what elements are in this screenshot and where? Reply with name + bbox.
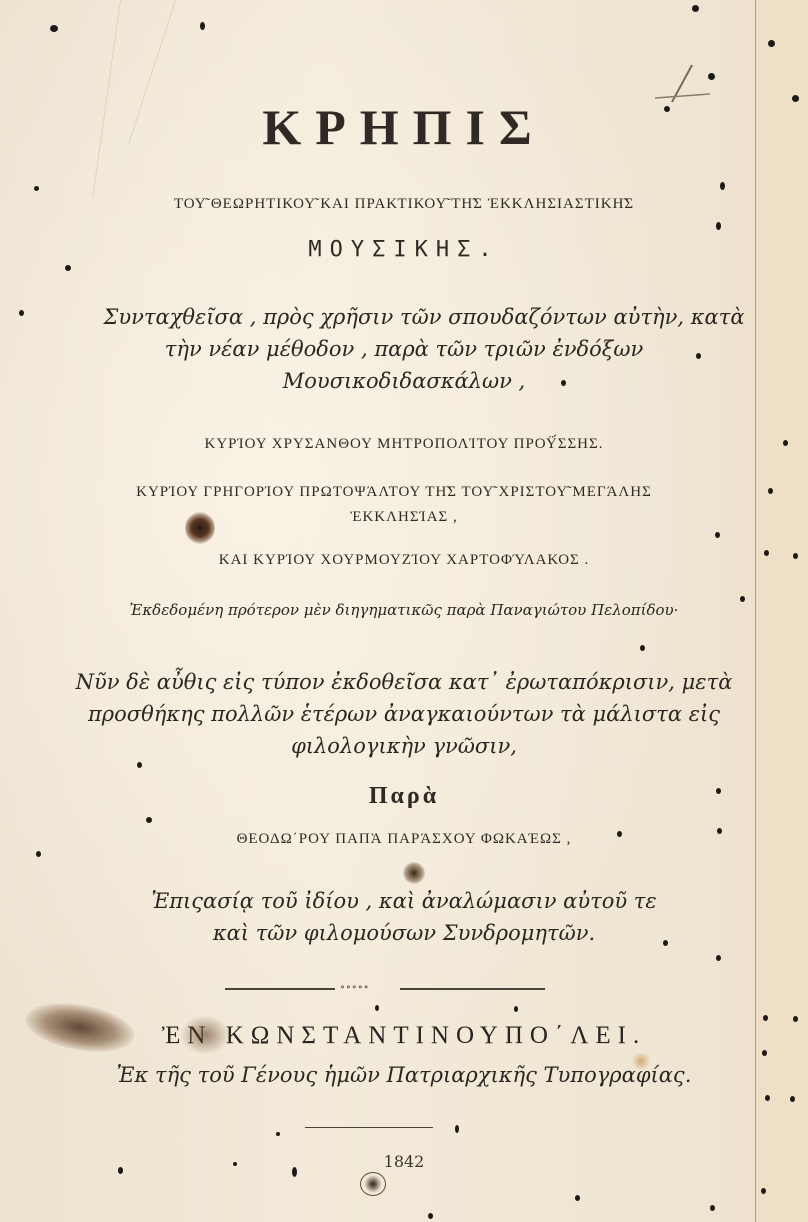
new-edition-line-3: φιλολογικὴν γνῶσιν,: [0, 734, 808, 758]
speck: [764, 550, 769, 556]
speck: [514, 1006, 518, 1012]
speck: [455, 1125, 459, 1133]
editor-name: ΘΕΟΔΩ΄ΡΟΥ ΠΑΠᾺ ΠΑΡΆΣΧΟΥ ΦΩΚΑΈΩΣ ,: [0, 831, 808, 848]
speck: [710, 1205, 715, 1211]
speck: [720, 182, 725, 190]
speck: [640, 645, 645, 651]
speck: [617, 831, 622, 837]
compiled-line-2: τὴν νέαν μέθοδον , παρὰ τῶν τριῶν ἐνδόξω…: [0, 337, 808, 361]
speck: [50, 25, 58, 32]
speck: [717, 828, 722, 834]
by-label: Παρὰ: [0, 783, 808, 810]
speck: [561, 380, 566, 386]
speck: [118, 1167, 123, 1174]
previous-edition: Ἐκδεδομένη πρότερον μὲν διηγηματικῶς παρ…: [0, 601, 808, 619]
speck: [36, 851, 41, 857]
author-line-1: ΚΥΡΊΟΥ ΧΡΥΣΑΝΘΟΥ ΜΗΤΡΟΠΟΛΊΤΟΥ ΠΡΟΫ́ΣΣΗΣ.: [0, 436, 808, 453]
speck: [716, 788, 721, 794]
speck: [575, 1195, 580, 1201]
speck: [692, 5, 699, 12]
author-line-2: ΚΥΡΊΟΥ ΓΡΗΓΟΡΊΟΥ ΠΡΩΤΟΨΆΛΤΟΥ ΤΗ̃Σ ΤΟΥ̃ Χ…: [0, 484, 798, 501]
speck: [292, 1167, 297, 1177]
speck: [765, 1095, 770, 1101]
speck: [792, 95, 799, 102]
speck: [65, 265, 71, 271]
speck: [740, 596, 745, 602]
speck: [663, 940, 668, 946]
speck: [34, 186, 39, 191]
speck: [664, 106, 670, 112]
author-line-4: ΚΑΙ ΚΥΡΊΟΥ ΧΟΥΡΜΟΥΖΊΟΥ ΧΑΡΤΟΦΎΛΑΚΟΣ .: [0, 552, 808, 569]
speck: [233, 1162, 237, 1166]
speck: [716, 955, 721, 961]
compiled-line-3: Μουσικοδιδασκάλων ,: [0, 369, 808, 393]
speck: [375, 1005, 379, 1011]
ornament-divider: ∘∘∘∘∘: [225, 984, 545, 994]
new-edition-line-1: Νῦν δὲ αὖθις εἰς τύπον ἐκδοθεῖσα κατ᾽ ἐρ…: [0, 670, 808, 694]
speck: [200, 22, 205, 30]
speck: [276, 1132, 280, 1136]
speck: [793, 553, 798, 559]
compiled-line-1: Συνταχθεῖσα , πρὸς χρῆσιν τῶν σπουδαζόντ…: [20, 305, 808, 329]
speck: [428, 1213, 433, 1219]
speck: [790, 1096, 795, 1102]
speck: [708, 73, 715, 80]
speck: [793, 1016, 798, 1022]
book-title: ΚΡΗΠΙΣ: [0, 98, 808, 156]
title-page: ΚΡΗΠΙΣ ΤΟΥ̃ ΘΕΩΡΗΤΙΚΟΥ̃ ΚΑΙ ΠΡΑΚΤΙΚΟΥ̃ Τ…: [0, 0, 808, 1222]
speck: [146, 817, 152, 823]
expense-line-2: καὶ τῶν φιλομούσων Συνδρομητῶν.: [0, 921, 808, 945]
ink-stain: [180, 1015, 230, 1055]
ink-stain: [360, 1172, 386, 1196]
speck: [137, 762, 142, 768]
speck: [762, 1050, 767, 1056]
paper-spot: [630, 1053, 652, 1069]
subtitle-line-2: ΜΟΥΣΙΚΗΣ.: [0, 237, 808, 262]
speck: [696, 353, 701, 359]
speck: [763, 1015, 768, 1021]
speck: [19, 310, 24, 316]
ink-stain: [403, 862, 425, 884]
new-edition-line-2: προσθήκης πολλῶν ἑτέρων ἀναγκαιούντων τὰ…: [0, 702, 808, 726]
subtitle-line-1: ΤΟΥ̃ ΘΕΩΡΗΤΙΚΟΥ̃ ΚΑΙ ΠΡΑΚΤΙΚΟΥ̃ ΤΗ̃Σ ἘΚΚ…: [0, 196, 808, 213]
speck: [768, 40, 775, 47]
printer-line: Ἐκ τῆς τοῦ Γένους ἡμῶν Πατριαρχικῆς Τυπο…: [0, 1063, 808, 1087]
speck: [768, 488, 773, 494]
speck: [715, 532, 720, 538]
author-line-3: ἘΚΚΛΗΣΊΑΣ ,: [0, 509, 808, 526]
speck: [783, 440, 788, 446]
speck: [761, 1188, 766, 1194]
expense-line-1: Ἐπιςασίᾳ τοῦ ἰδίου , καὶ ἀναλώμασιν αὐτο…: [0, 889, 808, 913]
ink-stain: [185, 512, 215, 544]
speck: [716, 222, 721, 230]
short-rule: [305, 1127, 433, 1128]
